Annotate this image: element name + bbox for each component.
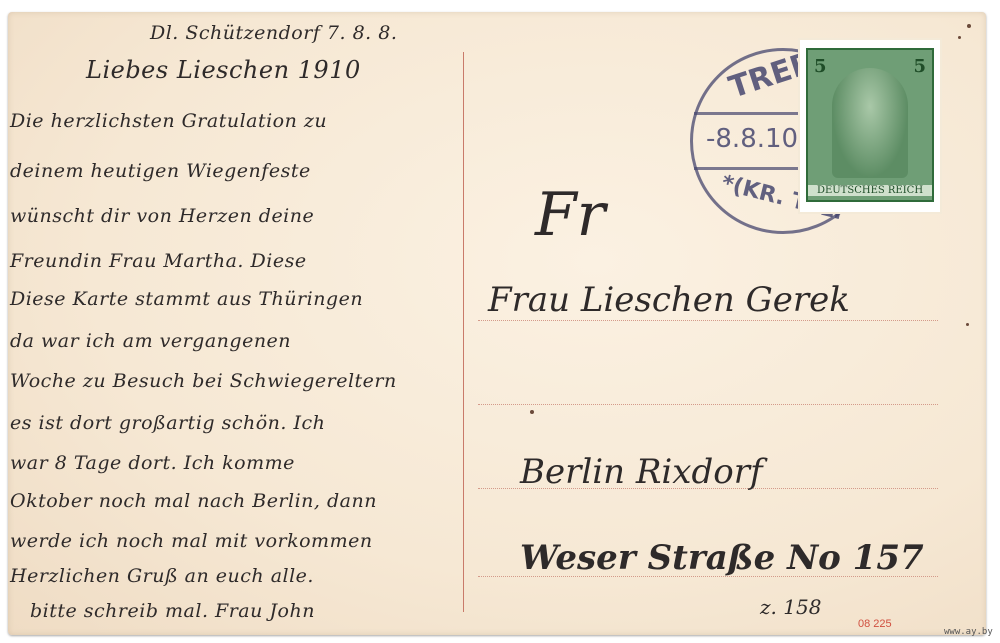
stamp-frame: 5 5 DEUTSCHES REICH [806,48,934,202]
address-line-1: Fr [535,180,605,250]
stain-spot [967,24,971,28]
message-line: wünscht dir von Herzen deine [10,205,314,227]
stamp-caption: DEUTSCHES REICH [808,185,932,196]
stain-spot [958,36,961,39]
message-line: Freundin Frau Martha. Diese [10,250,307,272]
postmark-date: -8.8.10 [706,124,798,154]
message-line: es ist dort großartig schön. Ich [10,412,325,434]
message-line: Diese Karte stammt aus Thüringen [10,288,363,310]
message-line: Die herzlichsten Gratulation zu [10,110,327,132]
address-note: z. 158 [760,595,821,619]
address-line [478,404,938,405]
message-line: da war ich am vergangenen [10,330,291,352]
message-line: war 8 Tage dort. Ich komme [10,452,295,474]
address-line-2: Frau Lieschen Gerek [488,280,850,320]
message-line: werde ich noch mal mit vorkommen [10,530,373,552]
watermark: www.ay.by [944,627,993,637]
message-line: bitte schreib mal. Frau John [30,600,315,622]
stain-spot [530,410,534,414]
stain-spot [966,323,969,326]
message-line: Liebes Lieschen 1910 [86,56,361,84]
message-line: Oktober noch mal nach Berlin, dann [10,490,377,512]
germania-portrait-icon [832,68,908,178]
message-line: Dl. Schützendorf 7. 8. 8. [150,22,397,44]
address-line-3: Berlin Rixdorf [520,452,763,492]
address-line [478,320,938,321]
message-line: Herzlichen Gruß an euch alle. [10,565,314,587]
message-line: deinem heutigen Wiegenfeste [10,160,311,182]
message-line: Woche zu Besuch bei Schwiegereltern [10,370,397,392]
address-line-4: Weser Straße No 157 [520,538,924,578]
serial-number: 08 225 [858,618,892,630]
postcard-divider [463,52,464,612]
postage-stamp: 5 5 DEUTSCHES REICH [800,40,940,212]
stamp-value-right: 5 [913,56,926,77]
stamp-value-left: 5 [814,56,827,77]
